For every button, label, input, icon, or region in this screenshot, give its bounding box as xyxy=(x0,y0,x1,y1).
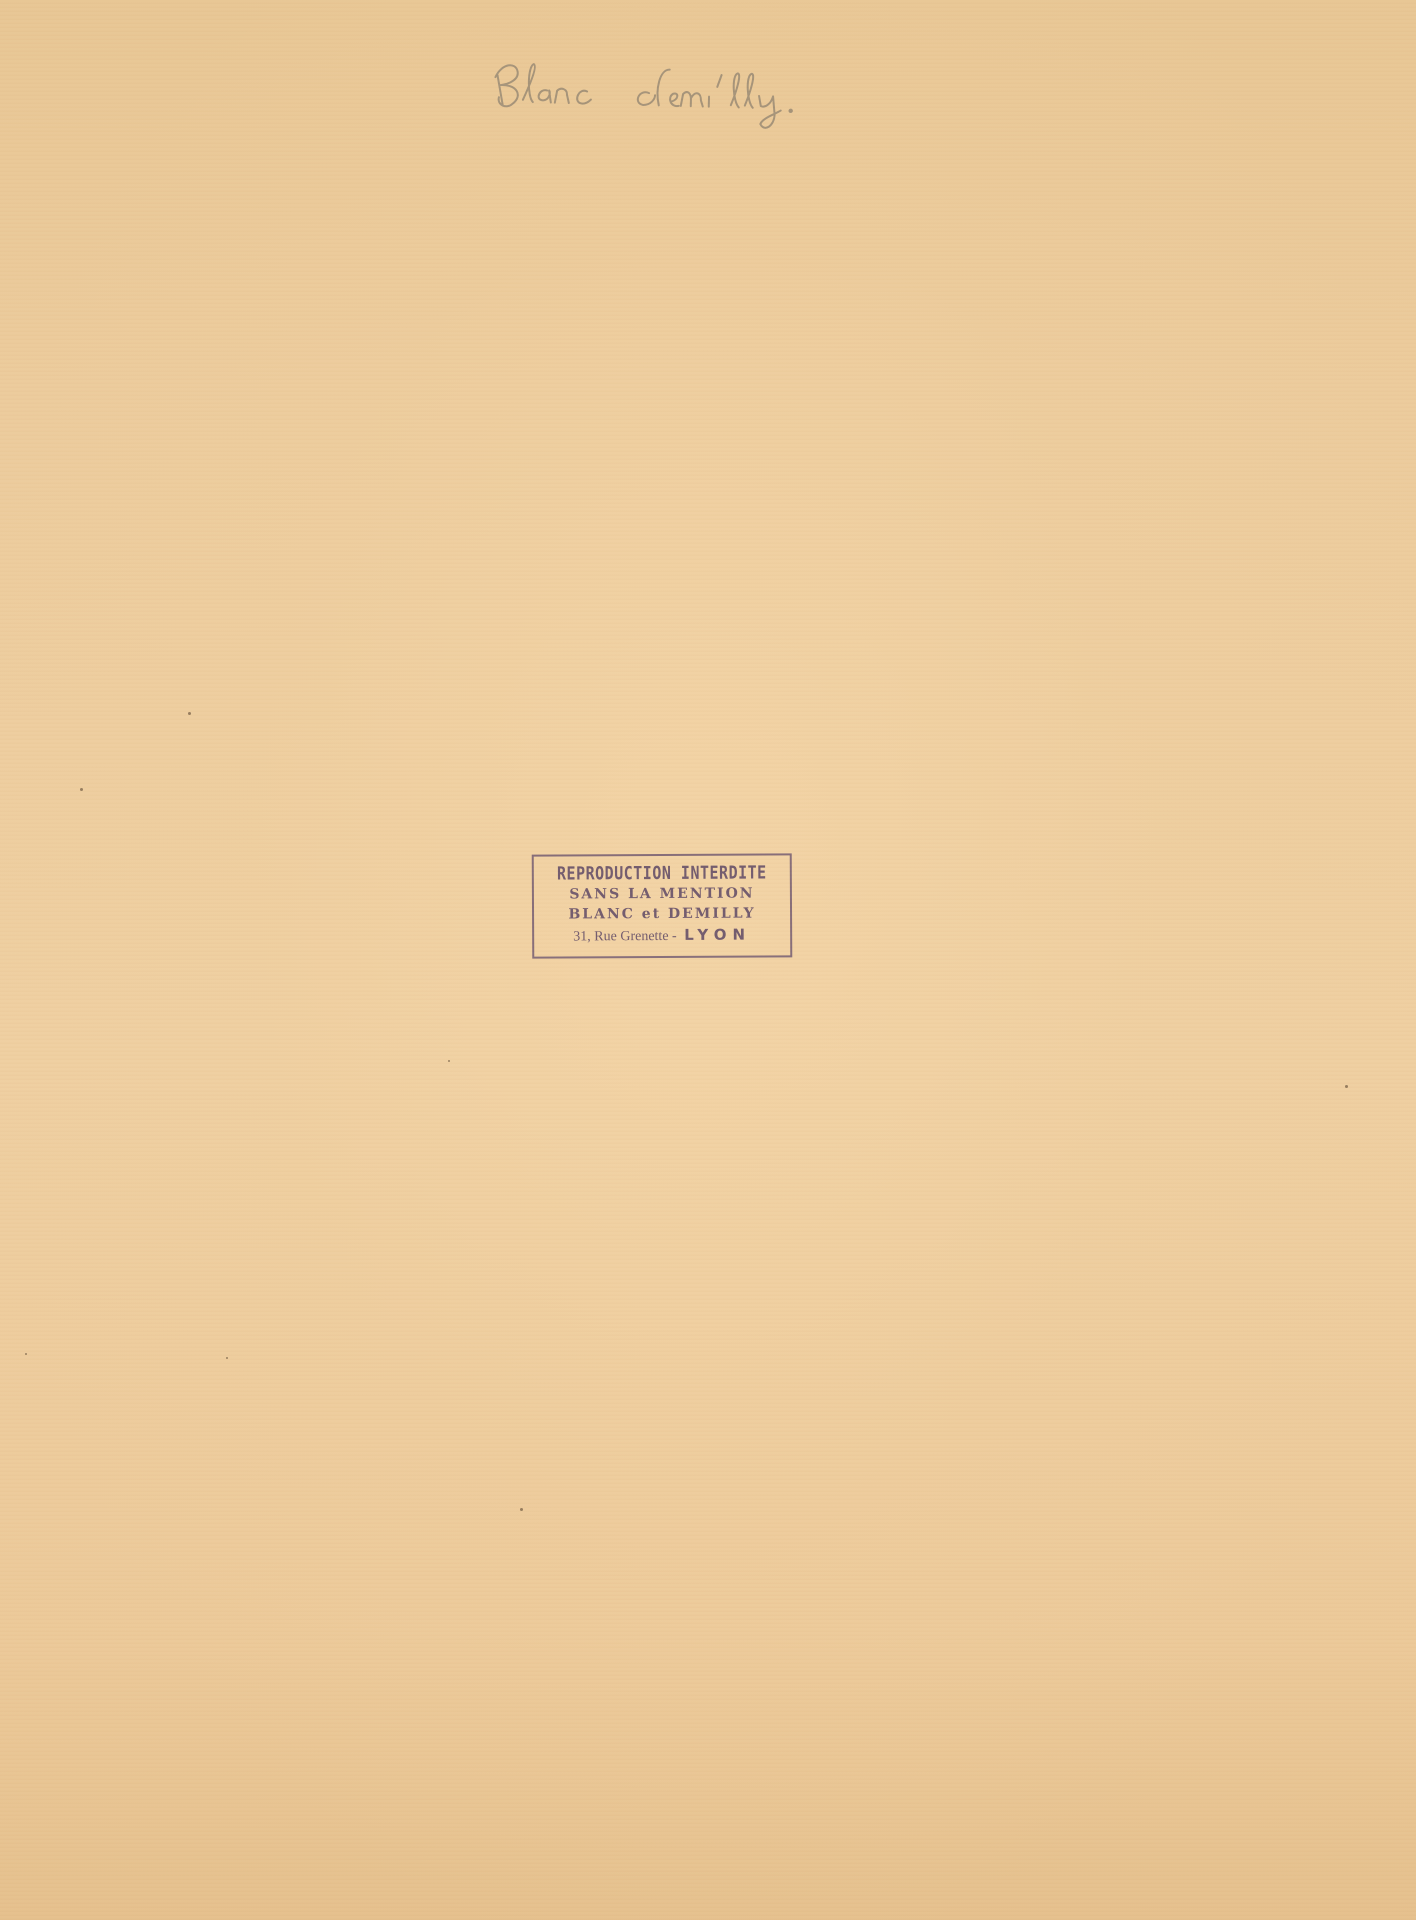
paper-speck xyxy=(520,1508,523,1511)
paper-speck xyxy=(1345,1085,1348,1088)
stamp-line-3: BLANC et DEMILLY xyxy=(534,905,790,922)
paper-speck xyxy=(448,1060,450,1062)
paper-speck xyxy=(25,1353,27,1355)
paper-speck xyxy=(188,712,191,715)
stamp-line-4: 31, Rue Grenette - LYON xyxy=(534,925,790,945)
paper-sheet: Blanc demilly. REPRODUCTION INTERDITE SA… xyxy=(0,0,1416,1920)
paper-speck xyxy=(226,1357,228,1359)
stamp-line-2: SANS LA MENTION xyxy=(534,885,790,902)
pencil-inscription: Blanc demilly. xyxy=(482,55,884,140)
copyright-stamp: REPRODUCTION INTERDITE SANS LA MENTION B… xyxy=(532,853,793,958)
stamp-address: 31, Rue Grenette - xyxy=(573,929,676,945)
paper-speck xyxy=(80,788,83,791)
stamp-city: LYON xyxy=(684,926,751,944)
stamp-line-1: REPRODUCTION INTERDITE xyxy=(534,862,790,885)
